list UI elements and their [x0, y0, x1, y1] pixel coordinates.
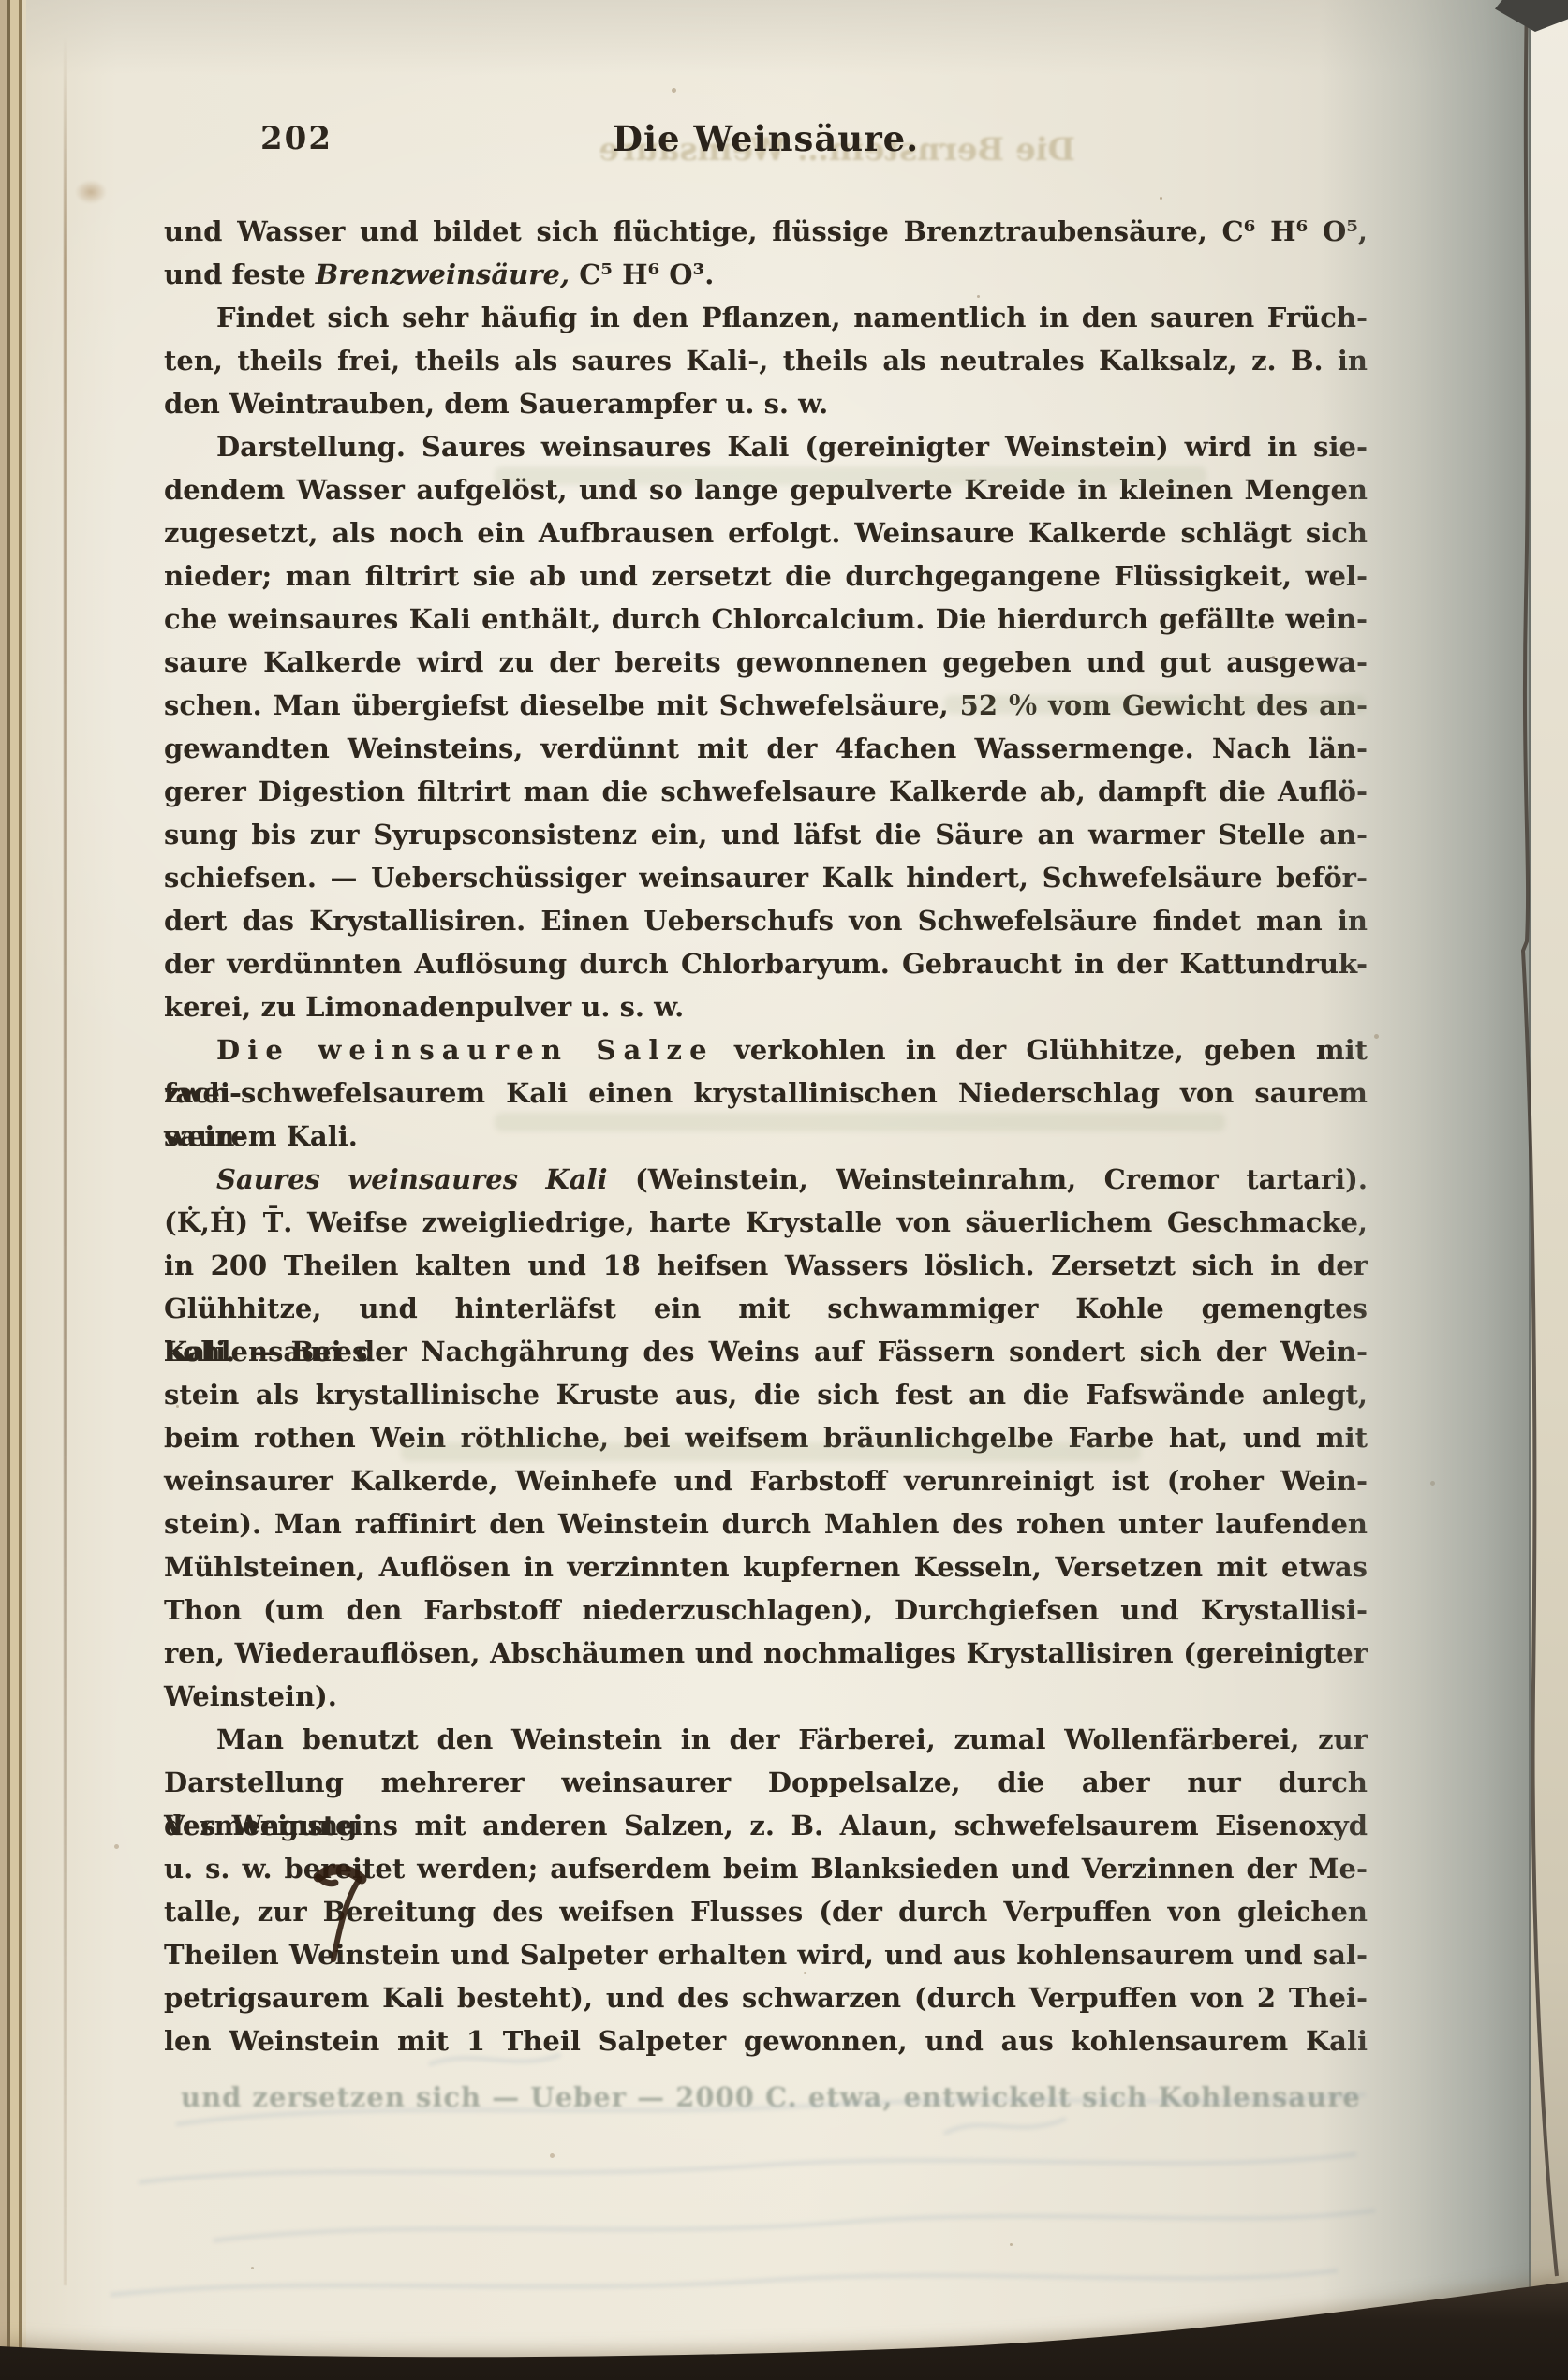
text-segment: Theilen Weinstein und Salpeter erhalten …	[164, 1939, 1368, 1971]
page-curvature-shadow	[1319, 0, 1531, 2313]
text-line: Darstellung. Saures weinsaures Kali (ger…	[164, 425, 1368, 468]
text-line: Kali. — Bei der Nachgährung des Weins au…	[164, 1330, 1368, 1373]
showthrough-smudge	[495, 466, 1206, 485]
text-segment: petrigsaurem Kali besteht), und des schw…	[164, 1982, 1368, 2014]
text-segment: Die weinsauren Salze	[216, 1034, 715, 1066]
showthrough-smudge	[944, 695, 1366, 714]
text-line: sung bis zur Syrupsconsistenz ein, und l…	[164, 813, 1368, 856]
text-line: che weinsaures Kali enthält, durch Chlor…	[164, 598, 1368, 641]
text-segment: kerei, zu Limonadenpulver u. s. w.	[164, 991, 684, 1023]
text-line: Saures weinsaures Kali (Weinstein, Weins…	[164, 1158, 1368, 1201]
text-line: talle, zur Bereitung des weifsen Flusses…	[164, 1890, 1368, 1933]
text-segment: stein). Man raffinirt den Weinstein durc…	[164, 1508, 1368, 1540]
text-segment: zugesetzt, als noch ein Aufbrausen erfol…	[164, 517, 1368, 549]
text-line: in 200 Theilen kalten und 18 heifsen Was…	[164, 1244, 1368, 1287]
text-line: dert das Krystallisiren. Einen Ueberschu…	[164, 899, 1368, 942]
text-line: Thon (um den Farbstoff niederzuschlagen)…	[164, 1589, 1368, 1632]
text-segment: talle, zur Bereitung des weifsen Flusses…	[164, 1896, 1368, 1928]
text-line: des Weinsteins mit anderen Salzen, z. B.…	[164, 1804, 1368, 1847]
text-line: Mühlsteinen, Auflösen in verzinnten kupf…	[164, 1545, 1368, 1589]
text-line: Weinstein).	[164, 1675, 1368, 1718]
text-segment: nieder; man filtrirt sie ab und zersetzt…	[164, 560, 1368, 592]
text-segment: ten, theils frei, theils als saures Kali…	[164, 345, 1368, 377]
text-segment: Findet sich sehr häufig in den Pflanzen,…	[216, 302, 1368, 333]
text-line: den Weintrauben, dem Sauerampfer u. s. w…	[164, 382, 1368, 425]
text-segment: Weinstein).	[164, 1680, 337, 1712]
text-segment: weinsaurer Kalkerde, Weinhefe und Farbst…	[164, 1465, 1368, 1497]
text-line: und Wasser und bildet sich flüchtige, fl…	[164, 210, 1368, 253]
text-segment: Darstellung. Saures weinsaures Kali (ger…	[216, 431, 1368, 463]
text-line: zugesetzt, als noch ein Aufbrausen erfol…	[164, 511, 1368, 554]
text-segment: Thon (um den Farbstoff niederzuschlagen)…	[164, 1594, 1368, 1626]
text-line: fach-schwefelsaurem Kali einen krystalli…	[164, 1072, 1368, 1115]
text-segment: der verdünnten Auflösung durch Chlorbary…	[164, 948, 1368, 980]
text-line: der verdünnten Auflösung durch Chlorbary…	[164, 942, 1368, 985]
text-segment: (K̇,Ḣ) T̄. Weifse zweigliedrige, harte K…	[164, 1206, 1368, 1238]
text-line: nieder; man filtrirt sie ab und zersetzt…	[164, 554, 1368, 598]
text-segment: gewandten Weinsteins, verdünnt mit der 4…	[164, 732, 1368, 764]
text-line: (K̇,Ḣ) T̄. Weifse zweigliedrige, harte K…	[164, 1201, 1368, 1244]
text-segment: gerer Digestion filtrirt man die schwefe…	[164, 776, 1368, 807]
text-segment: und feste	[164, 259, 316, 290]
book-page: Die Bernstein… Weinsäure 202 Die Weinsäu…	[26, 0, 1529, 2365]
text-line: schiefsen. — Ueberschüssiger weinsaurer …	[164, 856, 1368, 899]
text-line: Darstellung mehrerer weinsaurer Doppelsa…	[164, 1761, 1368, 1804]
text-segment: in 200 Theilen kalten und 18 heifsen Was…	[164, 1249, 1368, 1281]
text-segment: len Weinstein mit 1 Theil Salpeter gewon…	[164, 2025, 1368, 2057]
text-segment: Mühlsteinen, Auflösen in verzinnten kupf…	[164, 1551, 1368, 1583]
showthrough-line: und zersetzen sich — Ueber — 2000 C. etw…	[181, 2081, 1380, 2113]
text-segment: Brenzweinsäure,	[316, 259, 570, 290]
text-line: Die weinsauren Salze verkohlen in der Gl…	[164, 1028, 1368, 1072]
text-segment: C⁵ H⁶ O³.	[570, 259, 714, 290]
showthrough-smudge	[401, 1442, 1141, 1461]
page-title: Die Weinsäure.	[164, 118, 1368, 159]
paper-stain	[75, 180, 107, 204]
text-line: Theilen Weinstein und Salpeter erhalten …	[164, 1933, 1368, 1976]
text-segment: saure Kalkerde wird zu der bereits gewon…	[164, 646, 1368, 678]
text-line: und feste Brenzweinsäure, C⁵ H⁶ O³.	[164, 253, 1368, 296]
text-segment: des Weinsteins mit anderen Salzen, z. B.…	[164, 1810, 1368, 1841]
text-segment: Man benutzt den Weinstein in der Färbere…	[216, 1723, 1368, 1755]
paper-specks	[26, 0, 29, 3]
text-segment: den Weintrauben, dem Sauerampfer u. s. w…	[164, 388, 828, 420]
text-segment: Saures weinsaures Kali	[216, 1163, 608, 1195]
text-line: ten, theils frei, theils als saures Kali…	[164, 339, 1368, 382]
text-segment: dert das Krystallisiren. Einen Ueberschu…	[164, 905, 1368, 937]
text-line: gerer Digestion filtrirt man die schwefe…	[164, 770, 1368, 813]
text-line: gewandten Weinsteins, verdünnt mit der 4…	[164, 727, 1368, 770]
text-segment: (Weinstein, Weinsteinrahm, Cremor tartar…	[608, 1163, 1368, 1195]
showthrough-smudge	[495, 1113, 1225, 1131]
text-segment: stein als krystallinische Kruste aus, di…	[164, 1379, 1368, 1411]
text-segment: sung bis zur Syrupsconsistenz ein, und l…	[164, 819, 1368, 850]
text-segment: u. s. w. bereitet werden; aufserdem beim…	[164, 1853, 1368, 1885]
next-page-edge	[1531, 0, 1568, 2304]
text-segment: Kali. — Bei der Nachgährung des Weins au…	[164, 1336, 1368, 1367]
text-line: stein als krystallinische Kruste aus, di…	[164, 1373, 1368, 1416]
text-line: len Weinstein mit 1 Theil Salpeter gewon…	[164, 2019, 1368, 2062]
text-line: Findet sich sehr häufig in den Pflanzen,…	[164, 296, 1368, 339]
text-line: stein). Man raffinirt den Weinstein durc…	[164, 1502, 1368, 1545]
text-line: weinsaurer Kalkerde, Weinhefe und Farbst…	[164, 1459, 1368, 1502]
text-segment: schiefsen. — Ueberschüssiger weinsaurer …	[164, 862, 1368, 894]
scanned-book-page: Die Bernstein… Weinsäure 202 Die Weinsäu…	[0, 0, 1568, 2380]
text-segment: che weinsaures Kali enthält, durch Chlor…	[164, 603, 1368, 635]
text-line: kerei, zu Limonadenpulver u. s. w.	[164, 985, 1368, 1028]
page-stack-edges	[0, 0, 28, 2380]
text-segment: und Wasser und bildet sich flüchtige, fl…	[164, 215, 1368, 247]
text-line: petrigsaurem Kali besteht), und des schw…	[164, 1976, 1368, 2019]
text-line: Glühhitze, und hinterläfst ein mit schwa…	[164, 1287, 1368, 1330]
text-line: u. s. w. bereitet werden; aufserdem beim…	[164, 1847, 1368, 1890]
text-segment: saurem Kali.	[164, 1120, 358, 1152]
text-line: saure Kalkerde wird zu der bereits gewon…	[164, 641, 1368, 684]
text-line: ren, Wiederauflösen, Abschäumen und noch…	[164, 1632, 1368, 1675]
binding-crease	[64, 37, 67, 2285]
text-line: Man benutzt den Weinstein in der Färbere…	[164, 1718, 1368, 1761]
body-text: und Wasser und bildet sich flüchtige, fl…	[164, 210, 1368, 2062]
text-segment: ren, Wiederauflösen, Abschäumen und noch…	[164, 1637, 1368, 1669]
